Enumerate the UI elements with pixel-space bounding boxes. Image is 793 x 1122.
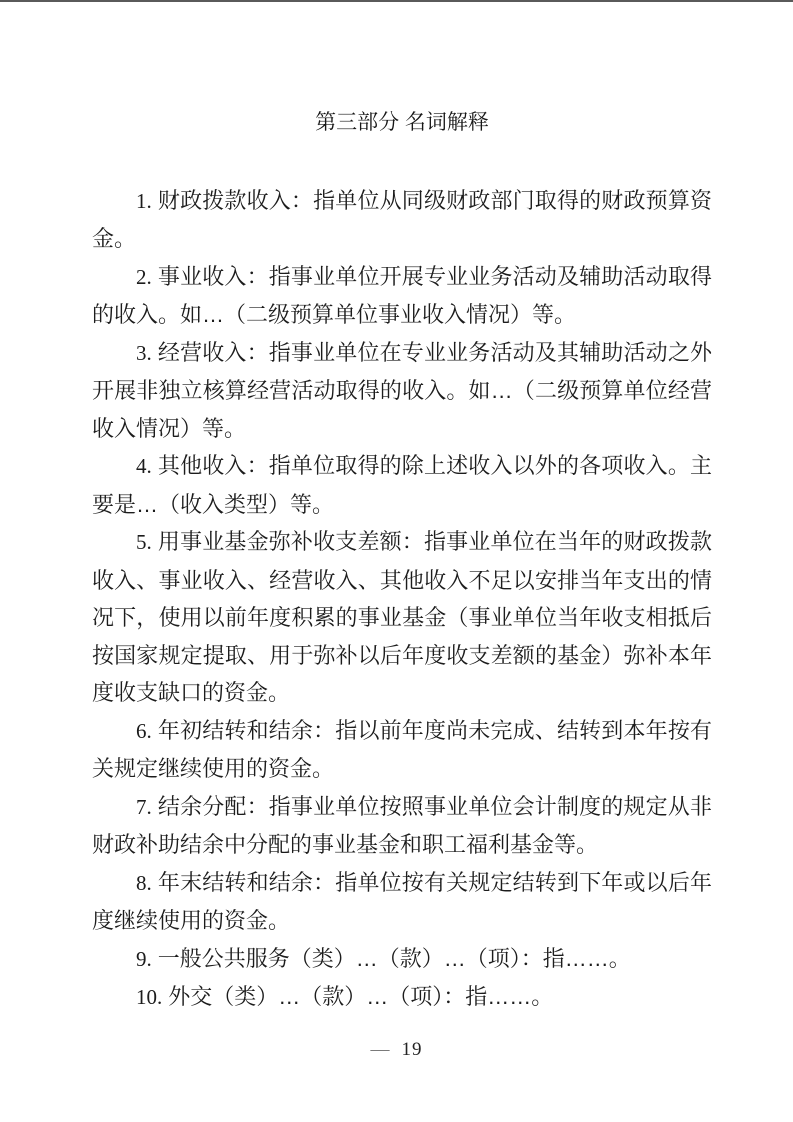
glossary-item: 4.其他收入：指单位取得的除上述收入以外的各项收入。主要是…（收入类型）等。 bbox=[92, 447, 712, 523]
item-number: 6. bbox=[136, 719, 152, 743]
item-text: 年末结转和结余：指单位按有关规定结转到下年或以后年度继续使用的资金。 bbox=[92, 870, 712, 934]
glossary-item: 10.外交（类）…（款）…（项）：指……。 bbox=[92, 978, 712, 1017]
item-number: 2. bbox=[136, 265, 152, 289]
glossary-item: 6.年初结转和结余：指以前年度尚未完成、结转到本年按有关规定继续使用的资金。 bbox=[92, 712, 712, 788]
item-text: 事业收入：指事业单位开展专业业务活动及辅助活动取得的收入。如…（二级预算单位事业… bbox=[92, 264, 712, 328]
glossary-item: 9.一般公共服务（类）…（款）…（项）：指……。 bbox=[92, 940, 712, 979]
item-number: 10. bbox=[136, 985, 162, 1009]
page-title: 第三部分 名词解释 bbox=[92, 104, 712, 142]
item-number: 1. bbox=[136, 189, 152, 213]
item-number: 4. bbox=[136, 454, 152, 478]
item-text: 财政拨款收入：指单位从同级财政部门取得的财政预算资金。 bbox=[92, 188, 712, 252]
item-text: 结余分配：指事业单位按照事业单位会计制度的规定从非财政补助结余中分配的事业基金和… bbox=[92, 794, 712, 858]
page-number: 19 bbox=[402, 1039, 423, 1060]
item-number: 8. bbox=[136, 871, 152, 895]
page-footer: —19 bbox=[0, 1038, 793, 1062]
glossary-item: 5.用事业基金弥补收支差额：指事业单位在当年的财政拨款收入、事业收入、经营收入、… bbox=[92, 523, 712, 712]
item-number: 5. bbox=[136, 530, 152, 554]
item-number: 9. bbox=[136, 947, 152, 971]
glossary-item: 2.事业收入：指事业单位开展专业业务活动及辅助活动取得的收入。如…（二级预算单位… bbox=[92, 258, 712, 334]
footer-dash: — bbox=[371, 1039, 390, 1060]
item-number: 7. bbox=[136, 795, 152, 819]
item-text: 其他收入：指单位取得的除上述收入以外的各项收入。主要是…（收入类型）等。 bbox=[92, 453, 712, 517]
glossary-item: 7.结余分配：指事业单位按照事业单位会计制度的规定从非财政补助结余中分配的事业基… bbox=[92, 788, 712, 864]
glossary-item: 1.财政拨款收入：指单位从同级财政部门取得的财政预算资金。 bbox=[92, 182, 712, 258]
document-page: 第三部分 名词解释 1.财政拨款收入：指单位从同级财政部门取得的财政预算资金。 … bbox=[0, 0, 793, 1122]
item-text: 一般公共服务（类）…（款）…（项）：指……。 bbox=[158, 946, 631, 971]
top-edge-rule bbox=[0, 0, 793, 2]
glossary-item: 8.年末结转和结余：指单位按有关规定结转到下年或以后年度继续使用的资金。 bbox=[92, 864, 712, 940]
page-content: 第三部分 名词解释 1.财政拨款收入：指单位从同级财政部门取得的财政预算资金。 … bbox=[92, 104, 712, 1017]
item-number: 3. bbox=[136, 341, 152, 365]
glossary-item: 3.经营收入：指事业单位在专业业务活动及其辅助活动之外开展非独立核算经营活动取得… bbox=[92, 334, 712, 448]
item-text: 年初结转和结余：指以前年度尚未完成、结转到本年按有关规定继续使用的资金。 bbox=[92, 718, 712, 782]
item-text: 外交（类）…（款）…（项）：指……。 bbox=[168, 984, 553, 1009]
item-text: 经营收入：指事业单位在专业业务活动及其辅助活动之外开展非独立核算经营活动取得的收… bbox=[92, 340, 712, 441]
glossary-list: 1.财政拨款收入：指单位从同级财政部门取得的财政预算资金。 2.事业收入：指事业… bbox=[92, 182, 712, 1017]
item-text: 用事业基金弥补收支差额：指事业单位在当年的财政拨款收入、事业收入、经营收入、其他… bbox=[92, 529, 712, 705]
